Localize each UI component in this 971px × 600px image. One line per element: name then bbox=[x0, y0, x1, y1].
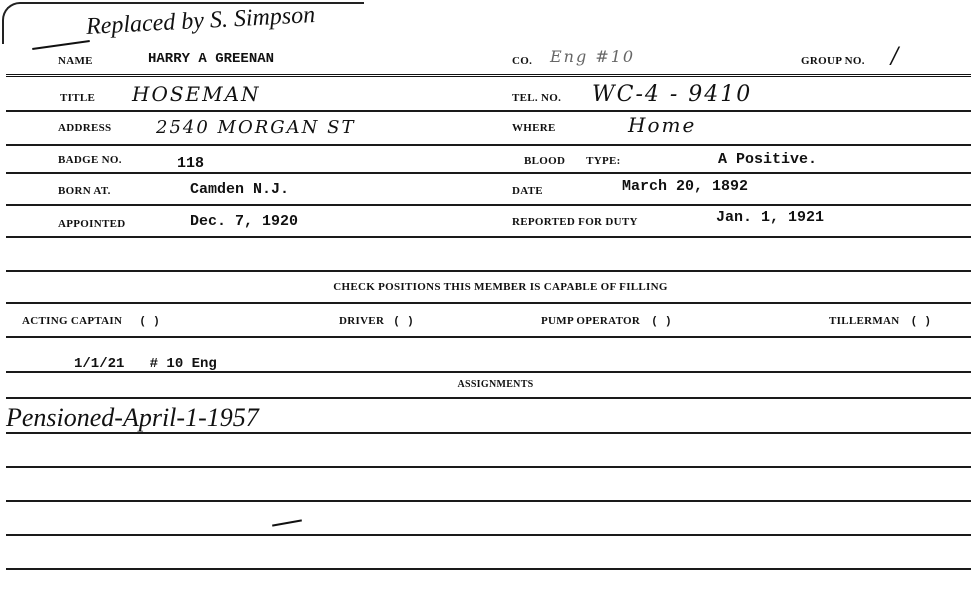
badge-no-label: BADGE NO. bbox=[58, 154, 122, 166]
badge-no-value: 118 bbox=[177, 155, 204, 172]
rule bbox=[6, 568, 971, 570]
acting-captain-checkbox[interactable]: ( ) bbox=[139, 316, 160, 328]
born-at-value: Camden N.J. bbox=[190, 181, 289, 198]
co-value: Eng #10 bbox=[550, 47, 635, 66]
name-value: HARRY A GREENAN bbox=[148, 51, 274, 67]
positions-heading: CHECK POSITIONS THIS MEMBER IS CAPABLE O… bbox=[0, 281, 971, 293]
rule bbox=[6, 534, 971, 536]
where-value: Home bbox=[628, 113, 696, 137]
group-no-value: / bbox=[891, 44, 900, 69]
rule bbox=[6, 336, 971, 338]
date-label: DATE bbox=[512, 185, 543, 197]
position-pump-operator: PUMP OPERATOR ( ) bbox=[541, 315, 672, 328]
blood-type-label: BLOOD TYPE: bbox=[524, 155, 621, 167]
rule bbox=[6, 466, 971, 468]
tel-no-label: TEL. NO. bbox=[512, 92, 561, 104]
tillerman-label: TILLERMAN bbox=[829, 315, 900, 327]
address-value: 2540 MORGAN ST bbox=[156, 117, 355, 138]
rule bbox=[6, 172, 971, 174]
assignments-heading: ASSIGNMENTS bbox=[0, 379, 971, 390]
rule bbox=[6, 236, 971, 238]
rule bbox=[6, 74, 971, 77]
fire-department-record-card: Replaced by S. Simpson NAME HARRY A GREE… bbox=[0, 0, 971, 600]
co-label: CO. bbox=[512, 55, 532, 67]
position-tillerman: TILLERMAN ( ) bbox=[829, 315, 931, 328]
pump-operator-checkbox[interactable]: ( ) bbox=[651, 316, 672, 328]
rule bbox=[6, 270, 971, 272]
name-label: NAME bbox=[58, 55, 93, 67]
appointed-value: Dec. 7, 1920 bbox=[190, 213, 298, 230]
reported-for-duty-value: Jan. 1, 1921 bbox=[716, 209, 824, 226]
rule bbox=[6, 302, 971, 304]
title-value: HOSEMAN bbox=[132, 82, 261, 106]
rule bbox=[6, 432, 971, 434]
tillerman-checkbox[interactable]: ( ) bbox=[911, 316, 932, 328]
pump-operator-label: PUMP OPERATOR bbox=[541, 315, 640, 327]
assignment-entry: 1/1/21 # 10 Eng bbox=[74, 356, 217, 372]
reported-for-duty-label: REPORTED FOR DUTY bbox=[512, 216, 638, 228]
title-label: TITLE bbox=[60, 92, 95, 104]
appointed-label: APPOINTED bbox=[58, 218, 125, 230]
acting-captain-label: ACTING CAPTAIN bbox=[22, 315, 122, 327]
stray-mark bbox=[272, 519, 302, 526]
rule bbox=[6, 500, 971, 502]
position-acting-captain: ACTING CAPTAIN ( ) bbox=[22, 315, 160, 328]
blood-type-value: A Positive. bbox=[718, 151, 817, 168]
rule bbox=[6, 204, 971, 206]
rule bbox=[6, 110, 971, 112]
group-no-label: GROUP NO. bbox=[801, 55, 865, 67]
pensioned-entry: Pensioned-April-1-1957 bbox=[6, 403, 259, 433]
tel-no-value: WC-4 - 9410 bbox=[592, 82, 752, 107]
driver-checkbox[interactable]: ( ) bbox=[393, 316, 414, 328]
rule bbox=[6, 371, 971, 373]
born-at-label: BORN AT. bbox=[58, 185, 111, 197]
date-value: March 20, 1892 bbox=[622, 178, 748, 195]
rule bbox=[6, 397, 971, 399]
driver-label: DRIVER bbox=[339, 315, 384, 327]
rule bbox=[6, 144, 971, 146]
where-label: WHERE bbox=[512, 122, 556, 134]
position-driver: DRIVER ( ) bbox=[339, 315, 414, 328]
address-label: ADDRESS bbox=[58, 122, 111, 134]
